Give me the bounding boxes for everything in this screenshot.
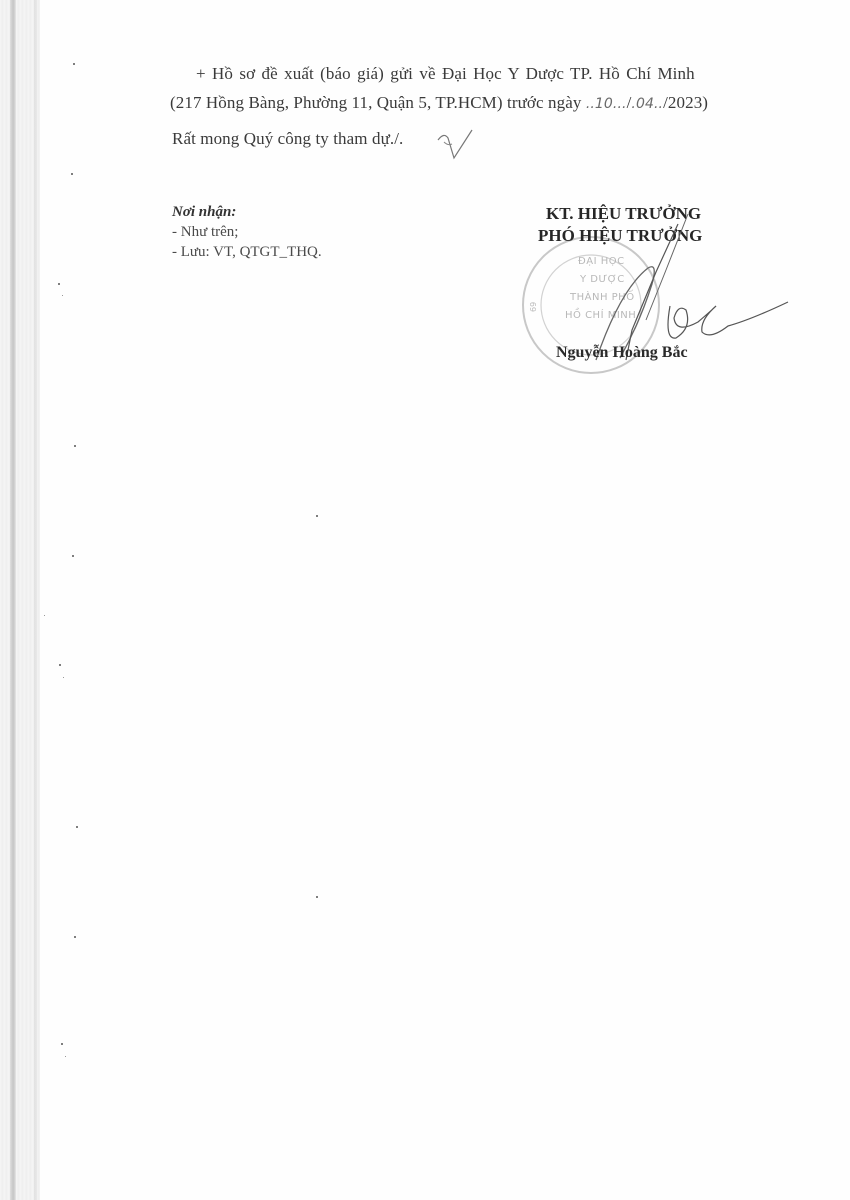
- signer-name: Nguyễn Hoàng Bắc: [556, 344, 688, 362]
- scan-speck: [61, 1043, 63, 1045]
- body-line-address-deadline: (217 Hồng Bàng, Phường 11, Quận 5, TP.HC…: [170, 93, 708, 113]
- scan-speck: [316, 896, 318, 898]
- recipient-item: - Lưu: VT, QTGT_THQ.: [172, 242, 322, 262]
- deadline-day: ..10...: [586, 96, 627, 112]
- scan-speck: [62, 295, 63, 296]
- address-text: (217 Hồng Bàng, Phường 11, Quận 5, TP.HC…: [170, 93, 581, 112]
- scan-edge-artifact: [34, 0, 37, 1200]
- initial-mark-icon: [434, 126, 474, 162]
- document-page: + Hồ sơ đề xuất (báo giá) gửi về Đại Học…: [0, 0, 850, 1200]
- scan-speck: [59, 664, 61, 666]
- scan-speck: [73, 63, 75, 65]
- closing-line: Rất mong Quý công ty tham dự./.: [172, 129, 403, 149]
- scan-speck: [316, 515, 318, 517]
- scan-speck: [74, 445, 76, 447]
- svg-text:69: 69: [529, 302, 538, 312]
- recipient-item: - Như trên;: [172, 222, 322, 242]
- scan-speck: [72, 555, 74, 557]
- scan-speck: [71, 173, 73, 175]
- scan-speck: [65, 1056, 66, 1057]
- scan-speck: [58, 283, 60, 285]
- scan-speck: [63, 677, 64, 678]
- scan-speck: [74, 936, 76, 938]
- recipients-title: Nơi nhận:: [172, 202, 322, 222]
- scan-speck: [44, 615, 45, 616]
- deadline-month: .04..: [631, 96, 663, 112]
- scan-speck: [76, 826, 78, 828]
- recipients-block: Nơi nhận: - Như trên; - Lưu: VT, QTGT_TH…: [172, 202, 322, 262]
- scan-edge-artifact: [10, 0, 16, 1200]
- body-line-submission: + Hồ sơ đề xuất (báo giá) gửi về Đại Học…: [196, 64, 695, 84]
- deadline-year: 2023): [668, 93, 708, 112]
